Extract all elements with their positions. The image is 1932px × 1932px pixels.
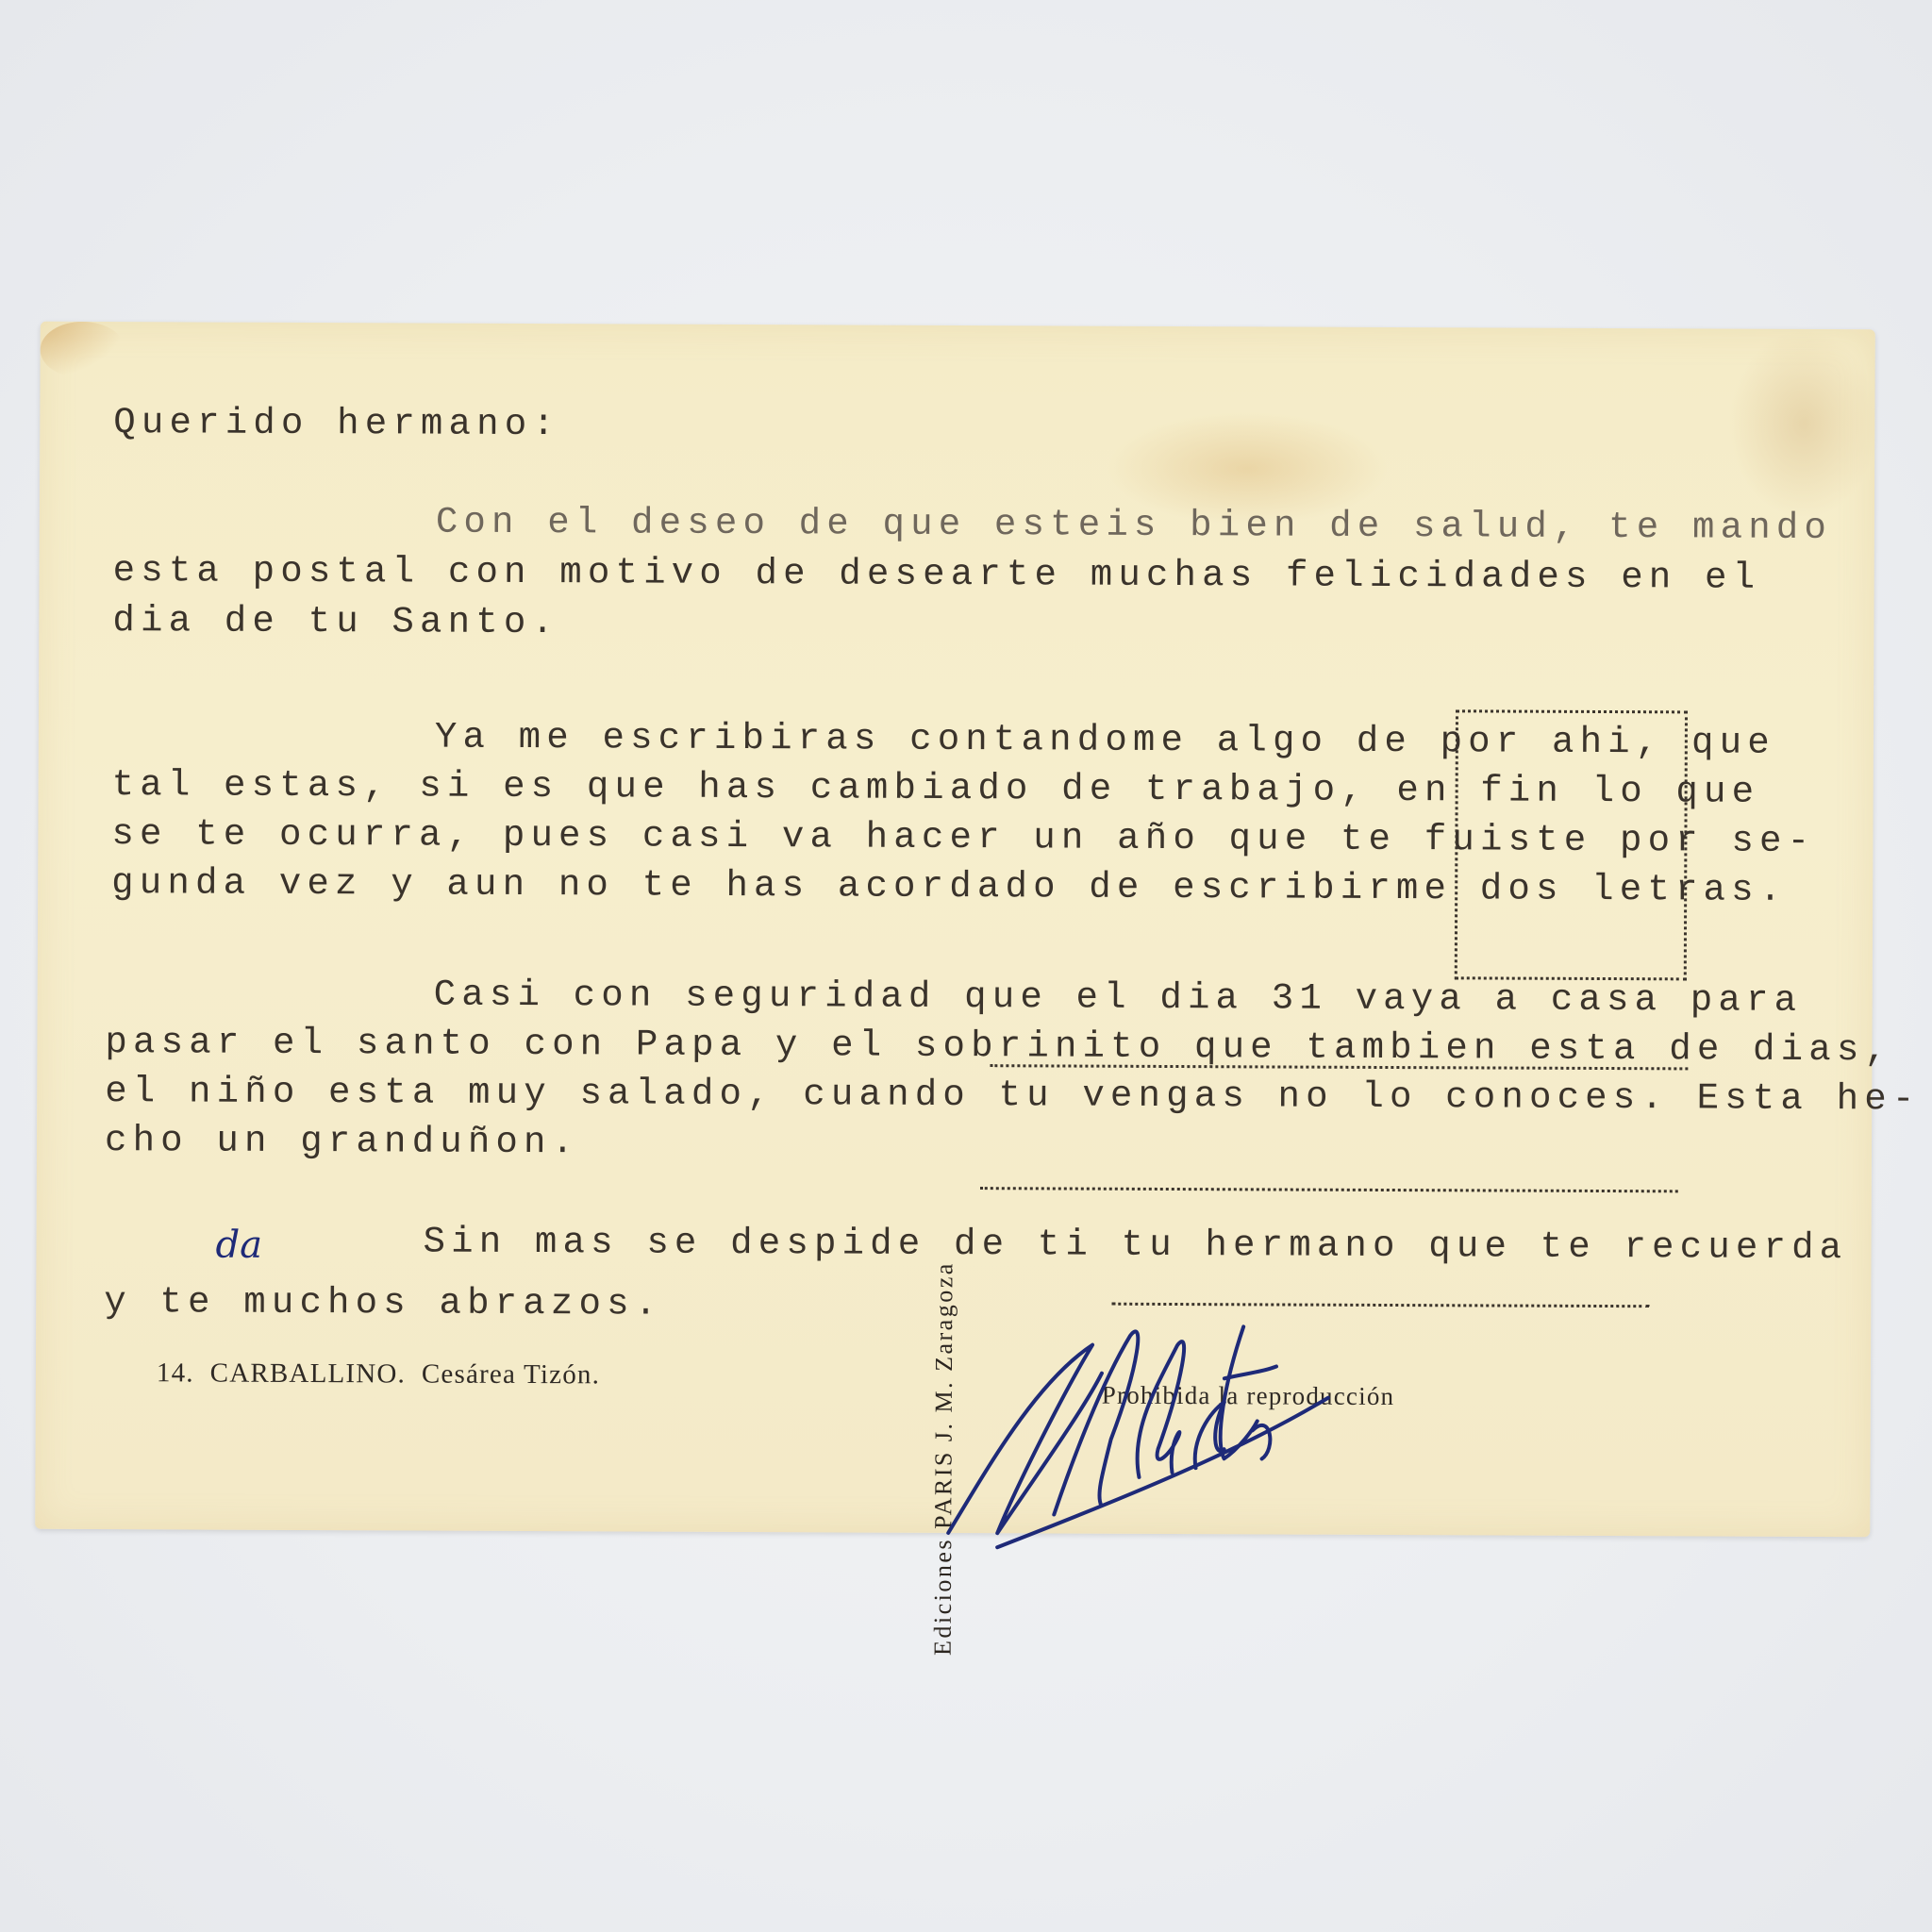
handwritten-insert: da: [215, 1224, 262, 1267]
age-stain: [1728, 329, 1880, 519]
paragraph-1-line-3: dia de tu Santo.: [112, 603, 559, 641]
paragraph-4-line-2: y te muchos abrazos.: [104, 1284, 662, 1324]
postcard: Querido hermano: Con el deseo de que est…: [35, 322, 1875, 1537]
signature-alberto: [941, 1307, 1507, 1555]
stamp-box: [1455, 709, 1688, 980]
paragraph-1-line-2: esta postal con motivo de desearte mucha…: [113, 553, 1761, 597]
age-stain: [41, 322, 125, 378]
paragraph-1-line-1: Con el deseo de que esteis bien de salud…: [436, 505, 1832, 547]
greeting: Querido hermano:: [113, 405, 560, 443]
address-line-2: [980, 1187, 1678, 1192]
paragraph-3-line-4: cho un granduñon.: [105, 1123, 579, 1161]
paragraph-3-line-2: pasar el santo con Papa y el sobrinito q…: [105, 1024, 1892, 1069]
paragraph-3-line-1: Casi con seguridad que el dia 31 vaya a …: [434, 977, 1803, 1020]
paragraph-3-line-3: el niño esta muy salado, cuando tu venga…: [105, 1074, 1920, 1118]
photo-caption: 14. CARBALLINO. Cesárea Tizón.: [157, 1357, 600, 1391]
paragraph-4-line-1: Sin mas se despide de ti tu hermano que …: [423, 1224, 1847, 1268]
